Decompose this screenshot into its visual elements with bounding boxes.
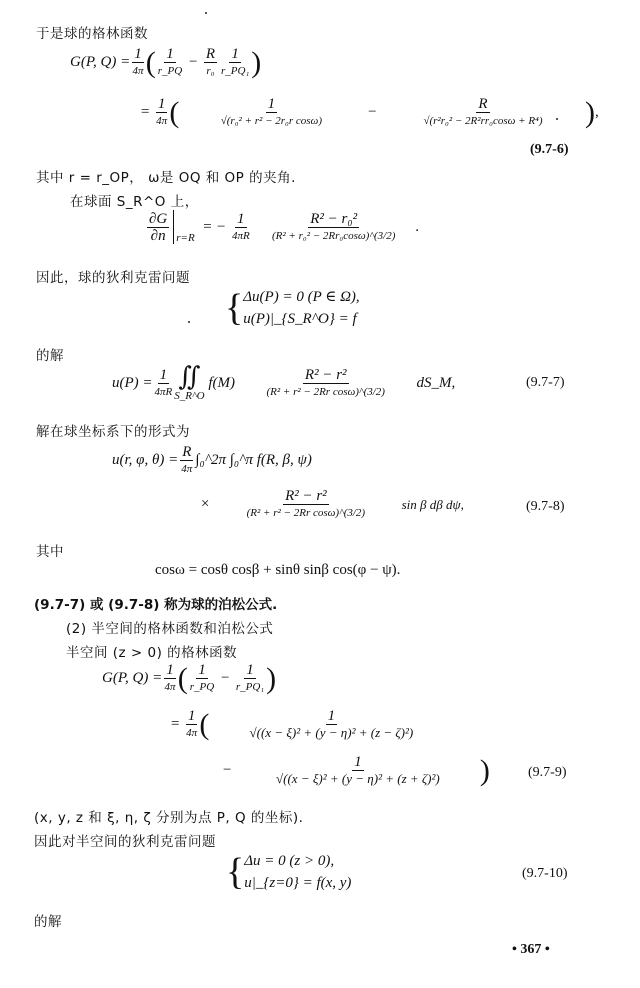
equation-9-7-9-line1: G(P, Q) = 14π ( 1r_PQ − 1r_PQ₁ ) xyxy=(102,662,276,695)
fraction: ∂G∂n xyxy=(147,211,169,244)
equation-number: (9.7-8) xyxy=(526,499,565,515)
eq-lhs: G(P, Q) = xyxy=(70,54,130,71)
text-line: 的解 xyxy=(34,910,62,930)
equation-cos-omega: cosω = cosθ cosβ + sinθ sinβ cos(φ − ψ). xyxy=(155,562,400,579)
scan-speck xyxy=(188,321,190,323)
fraction: 14π xyxy=(164,662,176,695)
fraction: 14π xyxy=(156,96,168,129)
fraction: 1√((x − ξ)² + (y − η)² + (z − ζ)²) xyxy=(211,708,451,741)
equation-number: (9.7-6) xyxy=(530,142,569,158)
fraction: 1√(r₀² + r² − 2r₀r cosω) xyxy=(181,96,361,129)
fraction: 14π xyxy=(132,46,144,79)
equation-9-7-8-line2: × R² − r²(R² + r² − 2Rr cosω)^(3/2) sin … xyxy=(200,488,464,521)
text-line: (x, y, z 和 ξ, η, ζ 分别为点 P, Q 的坐标). xyxy=(34,806,303,826)
fraction: R√(r²r₀² − 2R²rr₀cosω + R⁴) xyxy=(383,96,583,129)
fraction: 1r_PQ xyxy=(158,46,182,79)
text-line: 因此，球的狄利克雷问题 xyxy=(36,266,190,286)
dirichlet-problem-sphere: { Δu(P) = 0 (P ∈ Ω), u(P)|_{S_R^O} = f xyxy=(225,286,360,330)
equation-9-7-9-line2: = 14π ( 1√((x − ξ)² + (y − η)² + (z − ζ)… xyxy=(170,708,453,741)
text-line: 的解 xyxy=(36,344,64,364)
scan-speck xyxy=(205,12,207,14)
fraction: 1r_PQ xyxy=(190,662,214,695)
equation-9-7-9-line3: − 1√((x − ξ)² + (y − η)² + (z + ζ)²) ) xyxy=(222,754,490,787)
equation-9-7-6-line1: G(P, Q) = 14π ( 1r_PQ − Rr₀ 1r_PQ₁ ) xyxy=(70,46,261,79)
fraction: 1r_PQ₁ xyxy=(221,46,249,79)
fraction: Rr₀ xyxy=(204,46,217,79)
fraction: 14πR xyxy=(155,367,173,400)
fraction: 1r_PQ₁ xyxy=(236,662,264,695)
text-line: 其中 r = r_OP， ω是 OQ 和 OP 的夹角. xyxy=(36,166,296,186)
equation-number: (9.7-7) xyxy=(526,375,565,391)
page-number: • 367 • xyxy=(512,942,550,958)
text-line: 在球面 S_R^O 上， xyxy=(70,190,199,210)
equation-9-7-7: u(P) = 14πR ∬ S_R^O f(M) R² − r²(R² + r²… xyxy=(112,364,455,402)
equation-normal-derivative: ∂G∂n r=R = − 14πR R² − r₀²(R² + r₀² − 2R… xyxy=(145,210,419,244)
section-heading: (2) 半空间的格林函数和泊松公式 xyxy=(66,617,273,637)
equation-9-7-6-line2: = 14π ( 1√(r₀² + r² − 2r₀r cosω) − R√(r²… xyxy=(140,96,599,129)
equation-number: (9.7-10) xyxy=(522,866,568,882)
text-line: 因此对半空间的狄利克雷问题 xyxy=(34,830,216,850)
text-line: 解在球坐标系下的形式为 xyxy=(36,420,190,440)
equation-number: (9.7-9) xyxy=(528,765,567,781)
fraction: 14πR xyxy=(232,211,250,244)
text-line: 于是球的格林函数 xyxy=(36,22,148,42)
dirichlet-problem-half-space: { Δu = 0 (z > 0), u|_{z=0} = f(x, y) xyxy=(226,850,351,894)
fraction: R4π xyxy=(180,444,193,477)
fraction: R² − r²(R² + r² − 2Rr cosω)^(3/2) xyxy=(216,488,396,521)
text-line: 半空间 (z > 0) 的格林函数 xyxy=(66,641,237,661)
fraction: R² − r₀²(R² + r₀² − 2Rr₀cosω)^(3/2) xyxy=(254,211,414,244)
text-line: 其中 xyxy=(36,540,64,560)
fraction: 1√((x − ξ)² + (y − η)² + (z + ζ)²) xyxy=(238,754,478,787)
fraction: 14π xyxy=(186,708,198,741)
equation-9-7-8-line1: u(r, φ, θ) = R4π ∫₀^2π ∫₀^π f(R, β, ψ) xyxy=(112,444,312,477)
fraction: R² − r²(R² + r² − 2Rr cosω)^(3/2) xyxy=(241,367,411,400)
text-line-bold: (9.7-7) 或 (9.7-8) 称为球的泊松公式. xyxy=(34,593,277,613)
